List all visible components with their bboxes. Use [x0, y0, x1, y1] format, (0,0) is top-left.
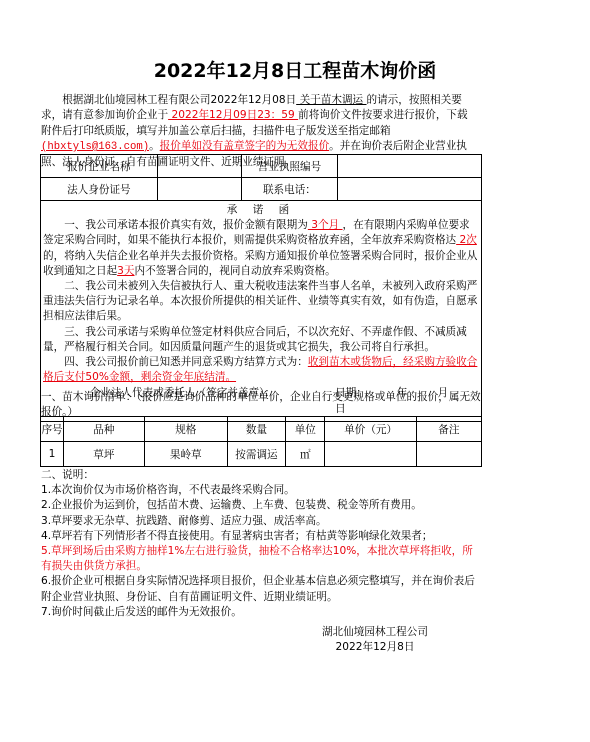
legal-id-field[interactable] — [157, 178, 241, 201]
footer-company: 湖北仙境园林工程公司 — [300, 625, 450, 640]
license-number-field[interactable] — [338, 155, 482, 178]
legal-id-label: 法人身份证号 — [41, 178, 158, 201]
col-header-unit-price: 单价（元） — [325, 417, 416, 442]
inquiry-letter-page: 2022年12月8日工程苗木询价函 根据湖北仙境园林工程有限公司2022年12月… — [0, 0, 590, 742]
cell-unit: ㎡ — [286, 442, 325, 467]
col-header-spec: 规格 — [144, 417, 227, 442]
license-number-label: 营业执照编号 — [241, 155, 338, 178]
note-7: 7.询价时间截止后发送的邮件为无效报价。 — [41, 605, 481, 620]
promise-validity-period: 3个月 — [308, 219, 343, 231]
promise-4-text: 四、我公司报价前已知悉并同意采购方结算方式为： — [64, 356, 308, 368]
promise-row: 承 诺 函 一、我公司承诺本报价真实有效，报价金额有限期为 3个月 ，在有限期内… — [41, 201, 482, 422]
promise-heading: 承 诺 函 — [43, 203, 479, 218]
table-row: 1 草坪 果岭草 按需调运 ㎡ — [41, 442, 482, 467]
note-5: 5.草坪到场后由采购方抽样1%左右进行验货，抽检不合格率达10%，本批次草坪将拒… — [41, 544, 481, 574]
promise-item-1: 一、我公司承诺本报价真实有效，报价金额有限期为 3个月 ，在有限期内采购单位要求… — [43, 218, 479, 279]
note-4: 4.草坪若有下列情形者不得直接使用。有显著病虫害者；有枯黄等影响绿化效果者； — [41, 529, 481, 544]
note-2: 2.企业报价为运到价，包括苗木费、运输费、上车费、包装费、税金等所有费用。 — [41, 498, 481, 513]
col-header-index: 序号 — [41, 417, 64, 442]
promise-abandon-times: 2次 — [456, 234, 477, 246]
promise-1-text-d: 内不签署合同的，视同自动放弃采购资格。 — [135, 265, 336, 277]
col-header-remarks: 备注 — [416, 417, 481, 442]
cell-quantity: 按需调运 — [227, 442, 285, 467]
promise-1-text-a: 一、我公司承诺本报价真实有效，报价金额有限期为 — [64, 219, 308, 231]
company-name-field[interactable] — [157, 155, 241, 178]
intro-email-link[interactable]: (hbxtyls@163.com) — [41, 141, 149, 153]
document-title: 2022年12月8日工程苗木询价函 — [0, 56, 590, 83]
cell-unit-price-field[interactable] — [325, 442, 416, 467]
col-header-quantity: 数量 — [227, 417, 285, 442]
intro-text-4: 。 — [149, 140, 160, 152]
promise-letter: 承 诺 函 一、我公司承诺本报价真实有效，报价金额有限期为 3个月 ，在有限期内… — [41, 201, 482, 422]
note-3: 3.草坪要求无杂草、抗践踏、耐修剪、适应力强、成活率高。 — [41, 514, 481, 529]
cell-variety: 草坪 — [64, 442, 145, 467]
cell-remarks-field[interactable] — [416, 442, 481, 467]
phone-field[interactable] — [338, 178, 482, 201]
col-header-variety: 品种 — [64, 417, 145, 442]
promise-item-4: 四、我公司报价前已知悉并同意采购方结算方式为：收到苗木或货物后，经采购方验收合格… — [43, 355, 479, 385]
intro-subject: 关于苗木调运 — [296, 94, 366, 106]
footer-date: 2022年12月8日 — [300, 640, 450, 655]
intro-text-1: 根据湖北仙境园林工程有限公司2022年12月08日 — [62, 94, 296, 106]
promise-item-3: 三、我公司承诺与采购单位签定材料供应合同后，不以次充好、不弄虚作假、不减质减量，… — [43, 325, 479, 355]
cell-index: 1 — [41, 442, 64, 467]
notes-heading: 二、说明： — [41, 468, 481, 483]
note-1: 1.本次询价仅为市场价格咨询，不代表最终采购合同。 — [41, 483, 481, 498]
col-header-unit: 单位 — [286, 417, 325, 442]
footer-signature: 湖北仙境园林工程公司 2022年12月8日 — [300, 625, 450, 655]
intro-warning: 报价单如没有盖章签字的为无效报价 — [160, 140, 330, 152]
info-row-legal: 法人身份证号 联系电话： — [41, 178, 482, 201]
intro-deadline: 2022年12月09日23：59 — [168, 109, 298, 121]
company-name-label: 报价企业名称 — [41, 155, 158, 178]
info-row-company: 报价企业名称 营业执照编号 — [41, 155, 482, 178]
note-6: 6.报价企业可根据自身实际情况选择项目报价，但企业基本信息必须完整填写，并在询价… — [41, 574, 481, 604]
seedling-items-table: 序号 品种 规格 数量 单位 单价（元） 备注 1 草坪 果岭草 按需调运 ㎡ — [40, 416, 482, 467]
items-header-row: 序号 品种 规格 数量 单位 单价（元） 备注 — [41, 417, 482, 442]
phone-label: 联系电话： — [241, 178, 338, 201]
company-info-table: 报价企业名称 营业执照编号 法人身份证号 联系电话： 承 诺 函 一、我公司承诺… — [40, 154, 482, 422]
promise-sign-days: 3天 — [117, 265, 134, 277]
cell-spec: 果岭草 — [144, 442, 227, 467]
promise-item-2: 二、我公司未被列入失信被执行人、重大税收违法案件当事人名单，未被列入政府采购严重… — [43, 279, 479, 325]
notes-section: 二、说明： 1.本次询价仅为市场价格咨询，不代表最终采购合同。 2.企业报价为运… — [41, 468, 481, 620]
